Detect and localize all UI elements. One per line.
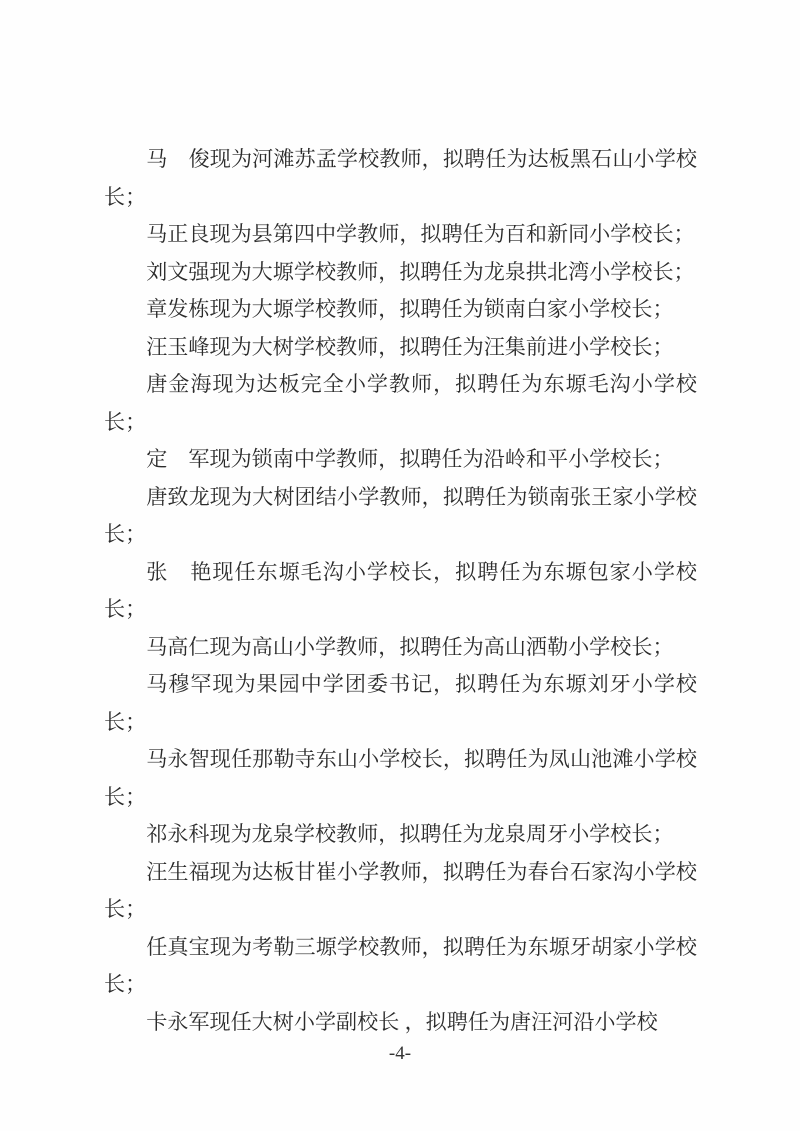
appointment-paragraph: 祁永科现为龙泉学校教师，拟聘任为龙泉周牙小学校长； [104,816,697,854]
appointment-paragraph: 马高仁现为高山小学教师，拟聘任为高山洒勒小学校长； [104,629,697,667]
document-body: 马 俊现为河滩苏孟学校教师，拟聘任为达板黑石山小学校长；马正良现为县第四中学教师… [104,141,697,1041]
appointment-paragraph: 汪玉峰现为大树学校教师，拟聘任为汪集前进小学校长； [104,329,697,367]
appointment-paragraph: 汪生福现为达板甘崔小学教师，拟聘任为春台石家沟小学校长； [104,854,697,929]
document-page: 马 俊现为河滩苏孟学校教师，拟聘任为达板黑石山小学校长；马正良现为县第四中学教师… [0,0,800,1131]
appointment-paragraph: 张 艳现任东塬毛沟小学校长，拟聘任为东塬包家小学校长； [104,554,697,629]
appointment-paragraph: 章发栋现为大塬学校教师，拟聘任为锁南白家小学校长； [104,291,697,329]
page-number: -4- [0,1042,800,1066]
appointment-paragraph: 唐致龙现为大树团结小学教师，拟聘任为锁南张王家小学校长； [104,479,697,554]
appointment-paragraph: 唐金海现为达板完全小学教师，拟聘任为东塬毛沟小学校长； [104,366,697,441]
appointment-paragraph: 刘文强现为大塬学校教师，拟聘任为龙泉拱北湾小学校长； [104,254,697,292]
appointment-paragraph: 马穆罕现为果园中学团委书记，拟聘任为东塬刘牙小学校长； [104,666,697,741]
appointment-paragraph: 马正良现为县第四中学教师，拟聘任为百和新同小学校长； [104,216,697,254]
appointment-paragraph: 任真宝现为考勒三塬学校教师，拟聘任为东塬牙胡家小学校长； [104,929,697,1004]
appointment-paragraph: 定 军现为锁南中学教师，拟聘任为沿岭和平小学校长； [104,441,697,479]
appointment-paragraph: 马 俊现为河滩苏孟学校教师，拟聘任为达板黑石山小学校长； [104,141,697,216]
appointment-paragraph: 马永智现任那勒寺东山小学校长，拟聘任为凤山池滩小学校长； [104,741,697,816]
appointment-paragraph: 卡永军现任大树小学副校长 ，拟聘任为唐汪河沿小学校 [104,1004,697,1042]
